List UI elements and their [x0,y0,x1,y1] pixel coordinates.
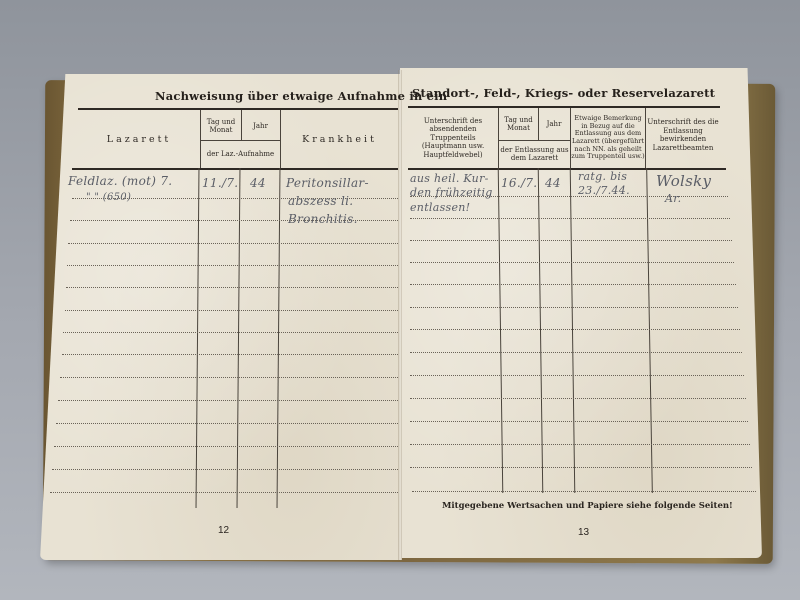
header-krankheit: Krankheit [281,115,398,165]
header-tag-monat-left: Tag und Monat [201,113,241,139]
entry-bemerkung-line2: 23./7.44. [578,184,630,197]
row-line [410,284,736,285]
row-line [65,310,398,311]
row-line [410,352,742,353]
row-line [410,421,748,422]
entry-unterschrift-line2: den frühzeitig [410,186,493,199]
entry-lazarett-line2: " " (650) [86,192,131,203]
left-top-rule [78,108,398,110]
title-left: Nachweisung über etwaige Aufnahme in ein [155,89,447,103]
header-jahr-right: Jahr [539,110,569,138]
row-line [52,469,398,470]
entry-unterschrift-lazarett-line1: Wolsky [656,172,711,190]
row-line [58,400,398,401]
row-line [410,398,746,399]
row-line [60,377,398,378]
entry-krankheit-line3: Bronchitis. [288,212,358,226]
entry-bemerkung-line1: ratg. bis [578,170,627,183]
right-top-rule [408,106,720,108]
header-lazarett: Lazarett [78,115,200,165]
left-header-rule [72,168,398,170]
title-right: Standort-, Feld-, Kriegs- oder Reservela… [412,86,715,100]
header-laz-aufnahme: der Laz.-Aufnahme [201,142,280,166]
header-subrule [200,140,280,141]
header-tag-monat-right: Tag und Monat [499,110,538,138]
row-line [62,354,398,355]
entry-krankheit-line2: abszess li. [288,194,353,208]
row-line [56,423,398,424]
entry-aufnahme-tag-monat: 11./7. [202,176,238,190]
book-gutter [398,70,402,560]
row-line [410,240,732,241]
row-line [410,262,734,263]
entry-lazarett-line1: Feldlaz. (mot) 7. [68,174,172,188]
row-line [412,491,756,492]
entry-unterschrift-line1: aus heil. Kur- [410,172,489,185]
row-line [410,444,750,445]
row-line [54,446,398,447]
entry-aufnahme-jahr: 44 [250,176,266,190]
page-number-left: 12 [218,525,229,536]
entry-entlassung-jahr: 44 [545,176,561,190]
entry-krankheit-line1: Peritonsillar- [286,176,369,190]
row-line [67,265,398,266]
row-line [50,492,398,493]
entry-unterschrift-lazarett-line2: Ar. [665,192,681,205]
row-line [68,243,398,244]
header-jahr-left: Jahr [242,113,279,139]
header-unterschrift-truppenteil: Unterschrift des absendenden Truppenteil… [408,110,498,166]
row-line [410,467,752,468]
header-entlassung: der Entlassung aus dem Lazarett [499,142,570,166]
entry-entlassung-tag-monat: 16./7. [501,176,537,190]
row-line [410,307,738,308]
row-line [410,329,740,330]
row-line [410,218,730,219]
footer-note: Mitgegebene Wertsachen und Papiere siehe… [442,501,733,511]
row-line [410,375,744,376]
right-header-rule [408,168,726,170]
row-line [63,332,398,333]
header-bemerkung: Etwaige Bemerkung in Bezug auf die Entla… [571,109,645,167]
row-line [66,287,398,288]
header-subrule [498,140,570,141]
header-unterschrift-lazarett: Unterschrift des die Entlassung bewirken… [646,110,720,160]
page-number-right: 13 [578,527,589,538]
entry-unterschrift-line3: entlassen! [410,201,470,214]
